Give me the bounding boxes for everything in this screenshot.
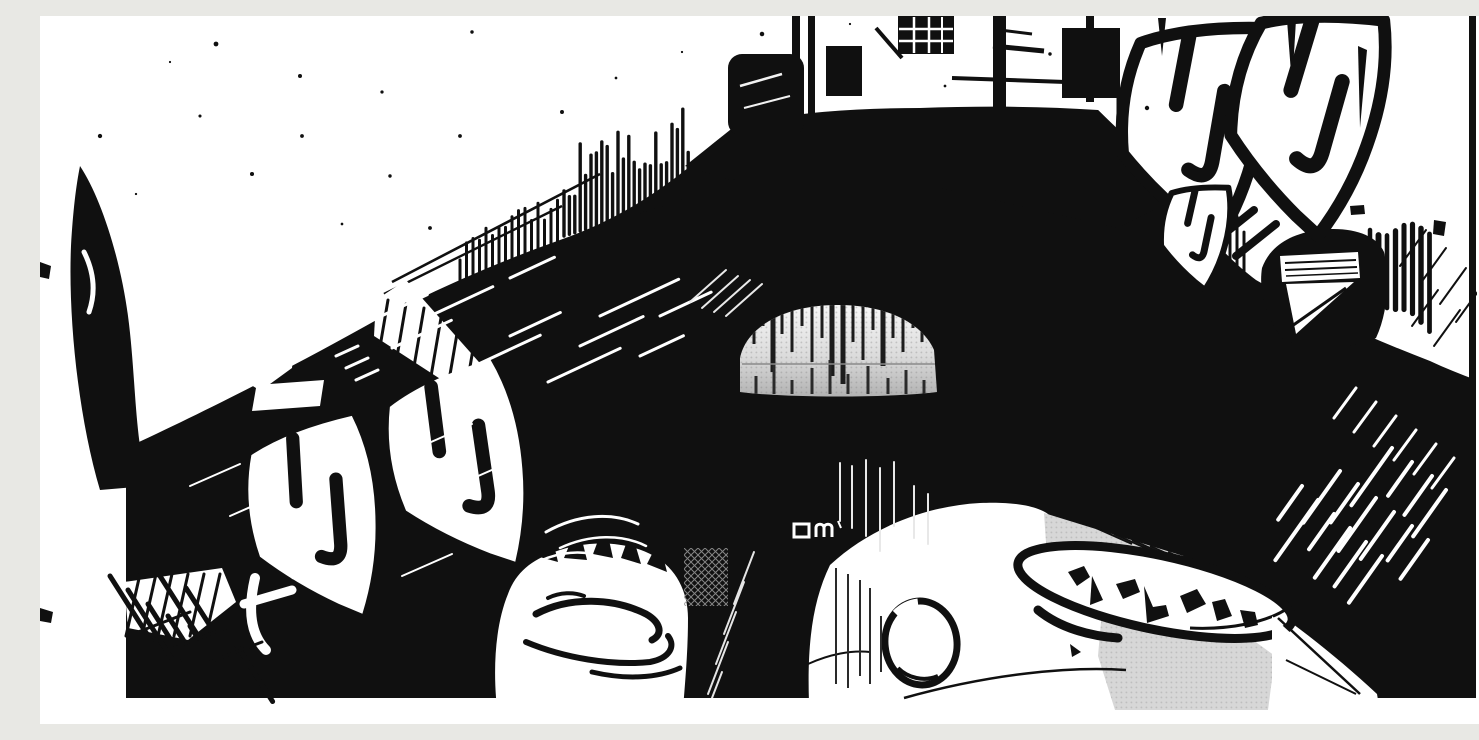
pole — [1086, 16, 1094, 102]
roadside-panel — [826, 46, 862, 96]
crosshatch-patch — [684, 548, 728, 606]
panel-artwork — [40, 16, 1479, 724]
pole — [808, 16, 815, 128]
pole — [792, 16, 800, 134]
panel-border-line — [1469, 16, 1476, 396]
manga-panel: Manga panel — speeding toward an underpa… — [40, 16, 1479, 724]
